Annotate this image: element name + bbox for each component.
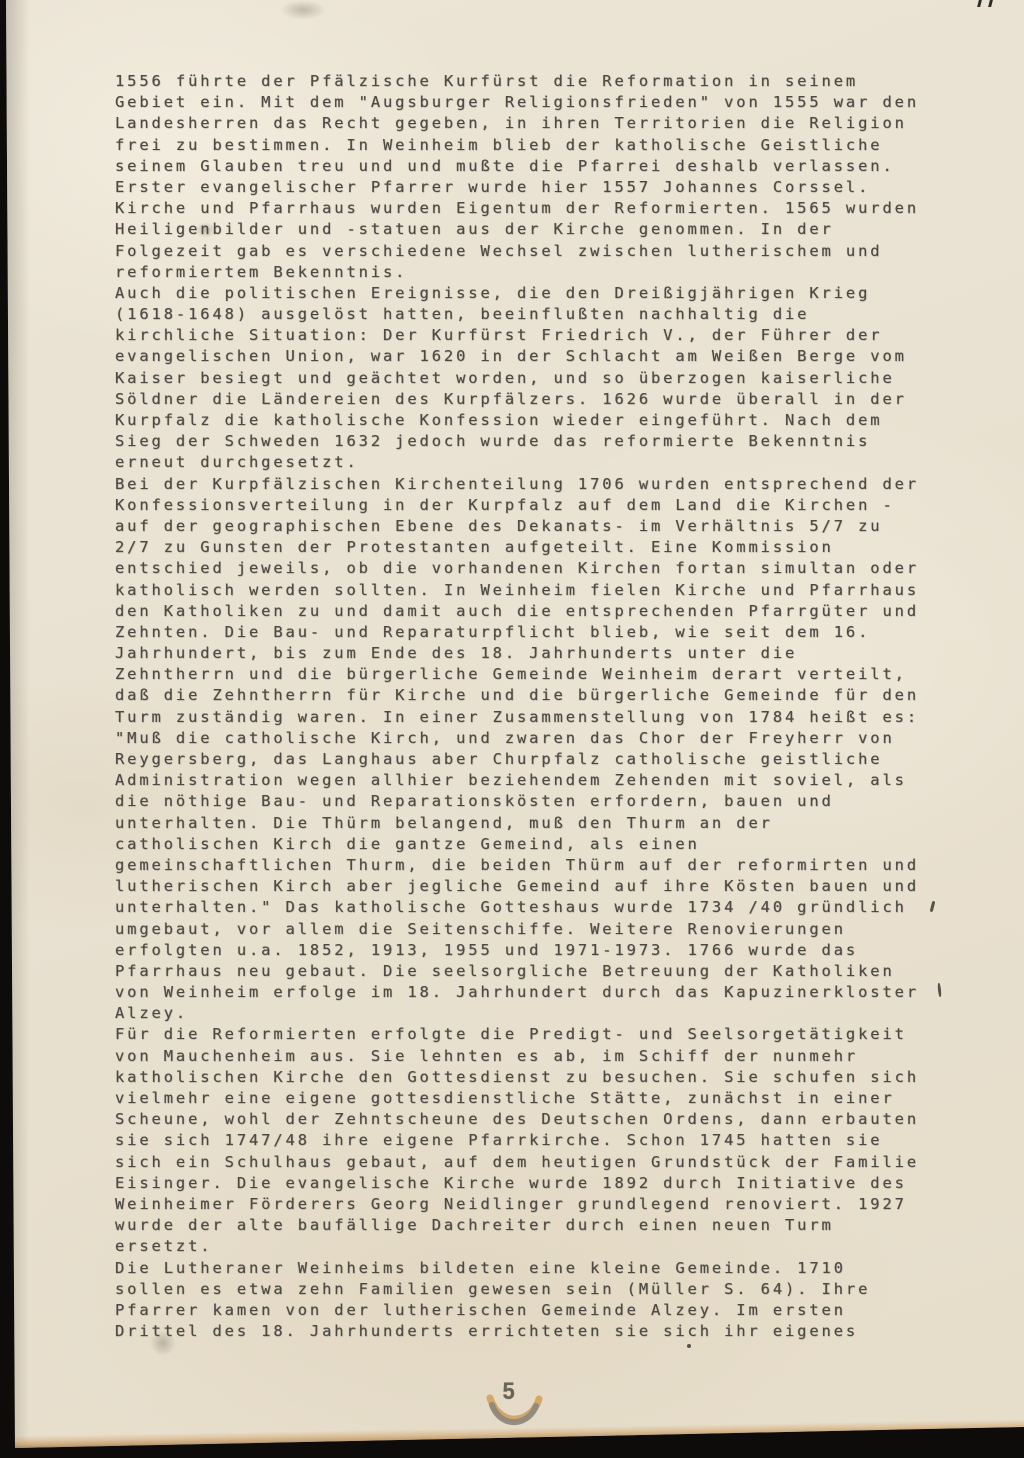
text-line: von Weinheim erfolge im 18. Jahrhundert … <box>115 982 975 1003</box>
text-line: evangelischen Union, war 1620 in der Sch… <box>115 346 975 367</box>
text-line: Heiligenbilder und -statuen aus der Kirc… <box>115 219 975 240</box>
text-line: Turm zuständig waren. In einer Zusammens… <box>115 707 975 728</box>
text-line: Pfarrhaus neu gebaut. Die seelsorgliche … <box>115 961 975 982</box>
text-line: unterhalten." Das katholische Gotteshaus… <box>115 897 975 918</box>
text-line: reformiertem Bekenntnis. <box>115 262 975 283</box>
text-line: Zehnten. Die Bau- und Reparaturpflicht b… <box>115 622 975 643</box>
text-line: Konfessionsverteilung in der Kurpfalz au… <box>115 495 975 516</box>
text-line: Folgezeit gab es verschiedene Wechsel zw… <box>115 241 975 262</box>
text-line: katholisch werden sollten. In Weinheim f… <box>115 580 975 601</box>
text-line: umgebaut, vor allem die Seitenschiffe. W… <box>115 919 975 940</box>
text-line: Administration wegen allhier beziehendem… <box>115 770 975 791</box>
scan-artifact <box>687 1344 691 1348</box>
text-line: Zehntherrn und die bürgerliche Gemeinde … <box>115 664 975 685</box>
text-line: Kaiser besiegt und geächtet worden, und … <box>115 368 975 389</box>
text-line: 2/7 zu Gunsten der Protestanten aufgetei… <box>115 537 975 558</box>
text-line: die nöthige Bau- und Reparationskösten e… <box>115 791 975 812</box>
paper-smudge <box>280 0 326 20</box>
text-line: Weinheimer Förderers Georg Neidlinger gr… <box>115 1194 975 1215</box>
text-line: Eisinger. Die evangelische Kirche wurde … <box>115 1173 975 1194</box>
text-line: Söldner die Ländereien des Kurpfälzers. … <box>115 389 975 410</box>
text-line: Auch die politischen Ereignisse, die den… <box>115 283 975 304</box>
text-line: unterhalten. Die Thürm belangend, muß de… <box>115 813 975 834</box>
text-line: lutherischen Kirch aber jegliche Gemeind… <box>115 876 975 897</box>
text-line: Gebiet ein. Mit dem "Augsburger Religion… <box>115 92 975 113</box>
text-line: gemeinschaftlichen Thurm, die beiden Thü… <box>115 855 975 876</box>
text-line: vielmehr eine eigene gottesdienstliche S… <box>115 1088 975 1109</box>
text-line: Alzey. <box>115 1003 975 1024</box>
text-line: kirchliche Situation: Der Kurfürst Fried… <box>115 325 975 346</box>
text-line: von Mauchenheim aus. Sie lehnten es ab, … <box>115 1046 975 1067</box>
text-line: Pfarrer kamen von der lutherischen Gemei… <box>115 1300 975 1321</box>
text-line: (1618-1648) ausgelöst hatten, beeinflußt… <box>115 304 975 325</box>
text-line: wurde der alte baufällige Dachreiter dur… <box>115 1215 975 1236</box>
text-line: auf der geographischen Ebene des Dekanat… <box>115 516 975 537</box>
text-line: Kirche und Pfarrhaus wurden Eigentum der… <box>115 198 975 219</box>
text-line: Reygersberg, das Langhaus aber Churpfalz… <box>115 749 975 770</box>
text-line: Jahrhundert, bis zum Ende des 18. Jahrhu… <box>115 643 975 664</box>
text-line: sie sich 1747/48 ihre eigene Pfarrkirche… <box>115 1130 975 1151</box>
scan-edge-shadow <box>0 0 30 1458</box>
text-line: Für die Reformierten erfolgte die Predig… <box>115 1024 975 1045</box>
text-line: erneut durchgesetzt. <box>115 452 975 473</box>
text-line: sollen es etwa zehn Familien gewesen sei… <box>115 1279 975 1300</box>
text-line: katholischen Kirche den Gottesdienst zu … <box>115 1067 975 1088</box>
text-line: ersetzt. <box>115 1236 975 1257</box>
page-number-ornament-icon <box>485 1394 545 1426</box>
text-line: sich ein Schulhaus gebaut, auf dem heuti… <box>115 1152 975 1173</box>
text-line: "Muß die catholische Kirch, und zwaren d… <box>115 728 975 749</box>
text-line: Erster evangelischer Pfarrer wurde hier … <box>115 177 975 198</box>
text-line: seinem Glauben treu und und mußte die Pf… <box>115 156 975 177</box>
text-line: daß die Zehntherrn für Kirche und die bü… <box>115 685 975 706</box>
text-line: erfolgten u.a. 1852, 1913, 1955 und 1971… <box>115 940 975 961</box>
text-line: Scheune, wohl der Zehntscheune des Deuts… <box>115 1109 975 1130</box>
text-line: Landesherren das Recht gegeben, in ihren… <box>115 113 975 134</box>
typewritten-text-block: 1556 führte der Pfälzische Kurfürst die … <box>115 71 975 1342</box>
text-line: Drittel des 18. Jahrhunderts errichteten… <box>115 1321 975 1342</box>
text-line: catholischen Kirch die gantze Gemeind, a… <box>115 834 975 855</box>
text-line: Sieg der Schweden 1632 jedoch wurde das … <box>115 431 975 452</box>
scanned-page: 1556 führte der Pfälzische Kurfürst die … <box>0 0 1024 1458</box>
text-line: frei zu bestimmen. In Weinheim blieb der… <box>115 135 975 156</box>
text-line: entschied jeweils, ob die vorhandenen Ki… <box>115 558 975 579</box>
text-line: Bei der Kurpfälzischen Kirchenteilung 17… <box>115 474 975 495</box>
text-line: Die Lutheraner Weinheims bildeten eine k… <box>115 1258 975 1279</box>
pencil-corner-mark <box>976 0 1002 8</box>
text-line: 1556 führte der Pfälzische Kurfürst die … <box>115 71 975 92</box>
text-line: Kurpfalz die katholische Konfession wied… <box>115 410 975 431</box>
text-line: den Katholiken zu und damit auch die ent… <box>115 601 975 622</box>
